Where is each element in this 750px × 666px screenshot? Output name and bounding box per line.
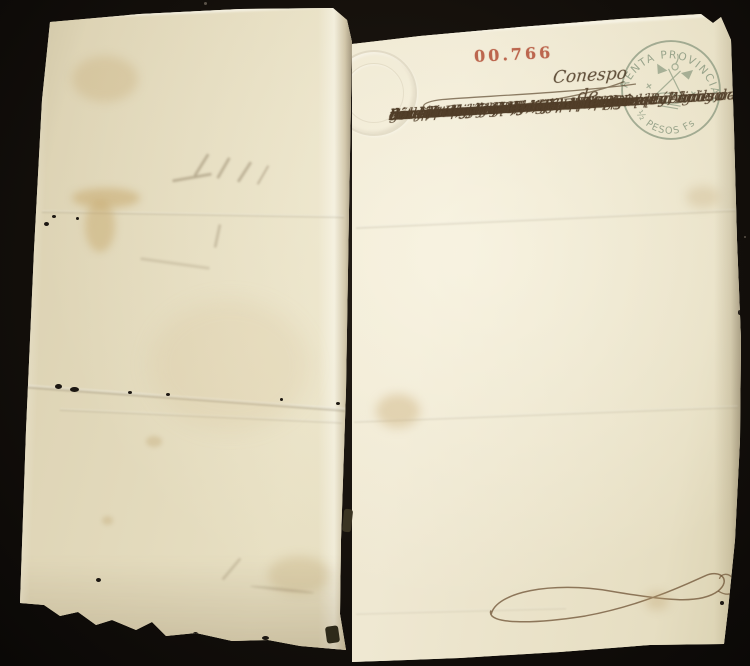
document-photo: 00.766 RENTA PROVINCIAL ½ PESOS Fs [0,0,750,666]
stain [376,394,420,428]
stain [150,300,310,430]
dust-speck [744,236,746,238]
page-edge-highlight [0,20,52,607]
manuscript-line: en tal caracter, no pudiendo [389,108,390,130]
stain [72,56,138,102]
ink-speck [738,310,741,315]
ink-speck [96,578,101,582]
ghost-stroke [214,224,222,248]
ink-speck [52,215,56,218]
ink-speck [166,393,170,396]
page-edge-highlight [48,4,340,19]
stain [146,436,162,447]
ink-speck [44,222,49,226]
ink-speck [336,402,340,405]
dust-speck [204,2,207,5]
ink-speck [128,391,132,394]
ink-speck [70,387,79,392]
ink-speck [280,398,283,401]
ghost-stroke [172,173,212,183]
ink-blot [325,625,340,644]
stain [85,200,115,252]
stain [645,592,669,610]
ink-speck [193,632,198,635]
manuscript-text-block: Conespo de En la Ciudad de Córdoba, a ve… [383,55,750,655]
ghost-stroke [257,165,270,185]
ghost-stroke [216,157,231,179]
ink-speck [76,217,79,220]
stain [102,516,113,525]
closing-flourish-icon [471,564,742,632]
ink-speck [262,636,269,640]
control-number: 00.766 [474,41,585,66]
ink-speck [720,601,724,605]
ink-blot [342,509,353,533]
stain [686,186,720,208]
ink-speck [55,384,62,389]
ghost-stroke [140,257,210,270]
manuscript-heading: Conespo de [441,63,637,75]
ghost-stroke [237,161,253,183]
